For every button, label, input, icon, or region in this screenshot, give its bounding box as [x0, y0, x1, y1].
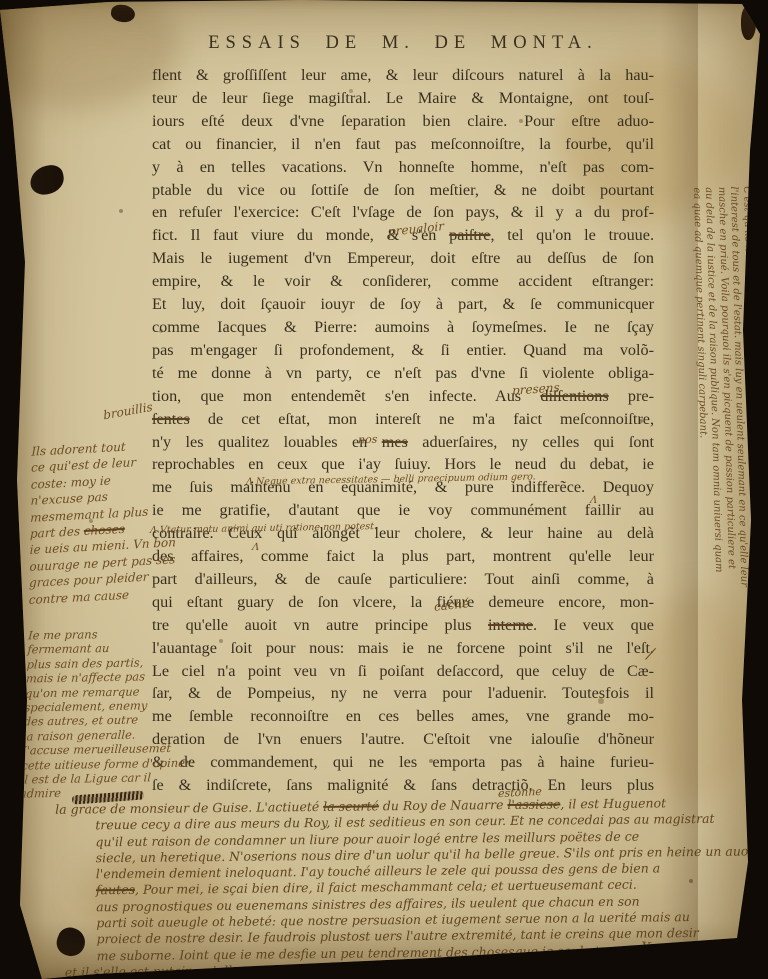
running-title: ESSAIS DE M. DE MONTA.: [150, 33, 656, 54]
printed-line: en refuſer l'exercice: C'eſt l'vſage de …: [152, 201, 654, 224]
printed-line: ſar, & de Pompeius, ny ne verra pour l'a…: [152, 682, 654, 705]
interlinear-note: Λ: [590, 495, 598, 506]
printed-line: deration de l'vn enuers l'autre. C'eſtoi…: [152, 728, 654, 751]
printed-line: Et luy, doit ſçauoir iouyr de ſoy à part…: [152, 293, 654, 316]
interlinear-note: brouillis: [103, 400, 154, 423]
book-page-scan: { "document": { "running_title": "ESSAIS…: [0, 0, 768, 979]
printed-text-block: flent & groſſiſſent leur ame, & leur diſ…: [152, 64, 654, 797]
struck-word: interne: [488, 616, 533, 634]
struck-word: paiſtre: [449, 226, 490, 244]
word: . Ie veux que: [533, 616, 654, 634]
word: pre-: [609, 387, 654, 405]
printed-line: cat ou financier, il n'en faut pas meſco…: [152, 133, 654, 156]
word: tion, que mon entendemẽt s'en infecte. A…: [152, 387, 540, 405]
printed-line: ſe & indiſcrete, ſans malignité & ſans d…: [152, 774, 654, 797]
struck-word: fautes: [96, 882, 135, 897]
printed-line: té me donne à vn party, ce n'eſt pas d'v…: [152, 362, 654, 385]
printed-line: l'auantage ſoit pour nous: mais ie ne fo…: [152, 637, 654, 660]
word: , tel qu'on le trouue.: [490, 226, 654, 244]
word: , il est Huguenot: [560, 795, 666, 811]
struck-word: ſentes: [152, 410, 190, 428]
printed-line: pas m'engager ſi profondement, & ſi enti…: [152, 339, 654, 362]
word: n'y les qualitez louables en: [152, 433, 382, 451]
struck-word: la seurté: [323, 798, 379, 814]
printed-line: me ſemble reconnoiſtre en ces belles ame…: [152, 705, 654, 728]
printed-line: ptable du vice ou ſottiſe de ſon meſtier…: [152, 179, 654, 202]
struck-word: choses: [84, 522, 125, 538]
printed-line: y à en telles vacations. Vn honneſte hom…: [152, 156, 654, 179]
interlinear-note: nos: [358, 433, 378, 447]
printed-line: tion, que mon entendemẽt s'en infecte. A…: [152, 385, 654, 408]
bottom-margin-note: la grace de monsieur de Guise. L'actiuet…: [55, 794, 768, 979]
printed-line: qui eſtant guary de ſon vlcere, la fiéur…: [152, 591, 654, 614]
printed-line: tre qu'elle auoit vn autre principe plus…: [152, 614, 654, 637]
word: du Roy de Nauarre: [379, 797, 508, 813]
word: de cet eſtat, mon intereſt ne m'a faict …: [190, 410, 654, 428]
printed-line: ie me gratifie, d'autant que ie voy comm…: [152, 499, 654, 522]
word: part des: [30, 524, 84, 541]
printed-line: empire, & le voir & conſiderer, comme ac…: [152, 270, 654, 293]
foxing-specks: [0, 0, 2, 2]
left-margin-note-1: Ils adorent toutce qui'est de leurcoste:…: [29, 436, 178, 608]
struck-word: l'assiese: [507, 796, 560, 812]
interlinear-note: Λ: [252, 542, 260, 553]
right-margin-vertical-note: C'est qu'ils n'en ueulent point a la cau…: [690, 186, 763, 588]
printed-line: comme Iacques & Pierre: aumoins à ſoymeſ…: [152, 316, 654, 339]
printed-line: teur de leur ſiege magiſtral. Le Maire &…: [152, 87, 654, 110]
printed-line: iours eſté deux d'vne ſeparation bien cl…: [152, 110, 654, 133]
ink-blot: [741, 6, 756, 40]
printed-line: Mais le iugement d'vn Empereur, doit eſt…: [152, 247, 654, 270]
printed-line: part d'ailleurs, & de cauſe particuliere…: [152, 568, 654, 591]
word: aduerſaires, ny celles qui ſont: [408, 433, 654, 451]
printed-line: des affaires, comme faict la plus part, …: [152, 545, 654, 568]
printed-line: ſentes de cet eſtat, mon intereſt ne m'a…: [152, 408, 654, 431]
printed-line: & de commandement, qui ne les emporta pa…: [152, 751, 654, 774]
printed-line: n'y les qualitez louables en mes aduerſa…: [152, 431, 654, 454]
printed-line: Le ciel n'a point veu vn ſi poiſant deſa…: [152, 660, 654, 683]
printed-line: flent & groſſiſſent leur ame, & leur diſ…: [152, 64, 654, 87]
page-paper: ESSAIS DE M. DE MONTA. flent & groſſiſſe…: [0, 0, 768, 979]
left-margin-note-2: Ie me pransfermemant auplus sain des par…: [19, 625, 201, 801]
word: tre qu'elle auoit vn autre principe plus: [152, 616, 488, 634]
struck-word: mes: [382, 433, 408, 451]
ink-blot: [749, 468, 758, 480]
